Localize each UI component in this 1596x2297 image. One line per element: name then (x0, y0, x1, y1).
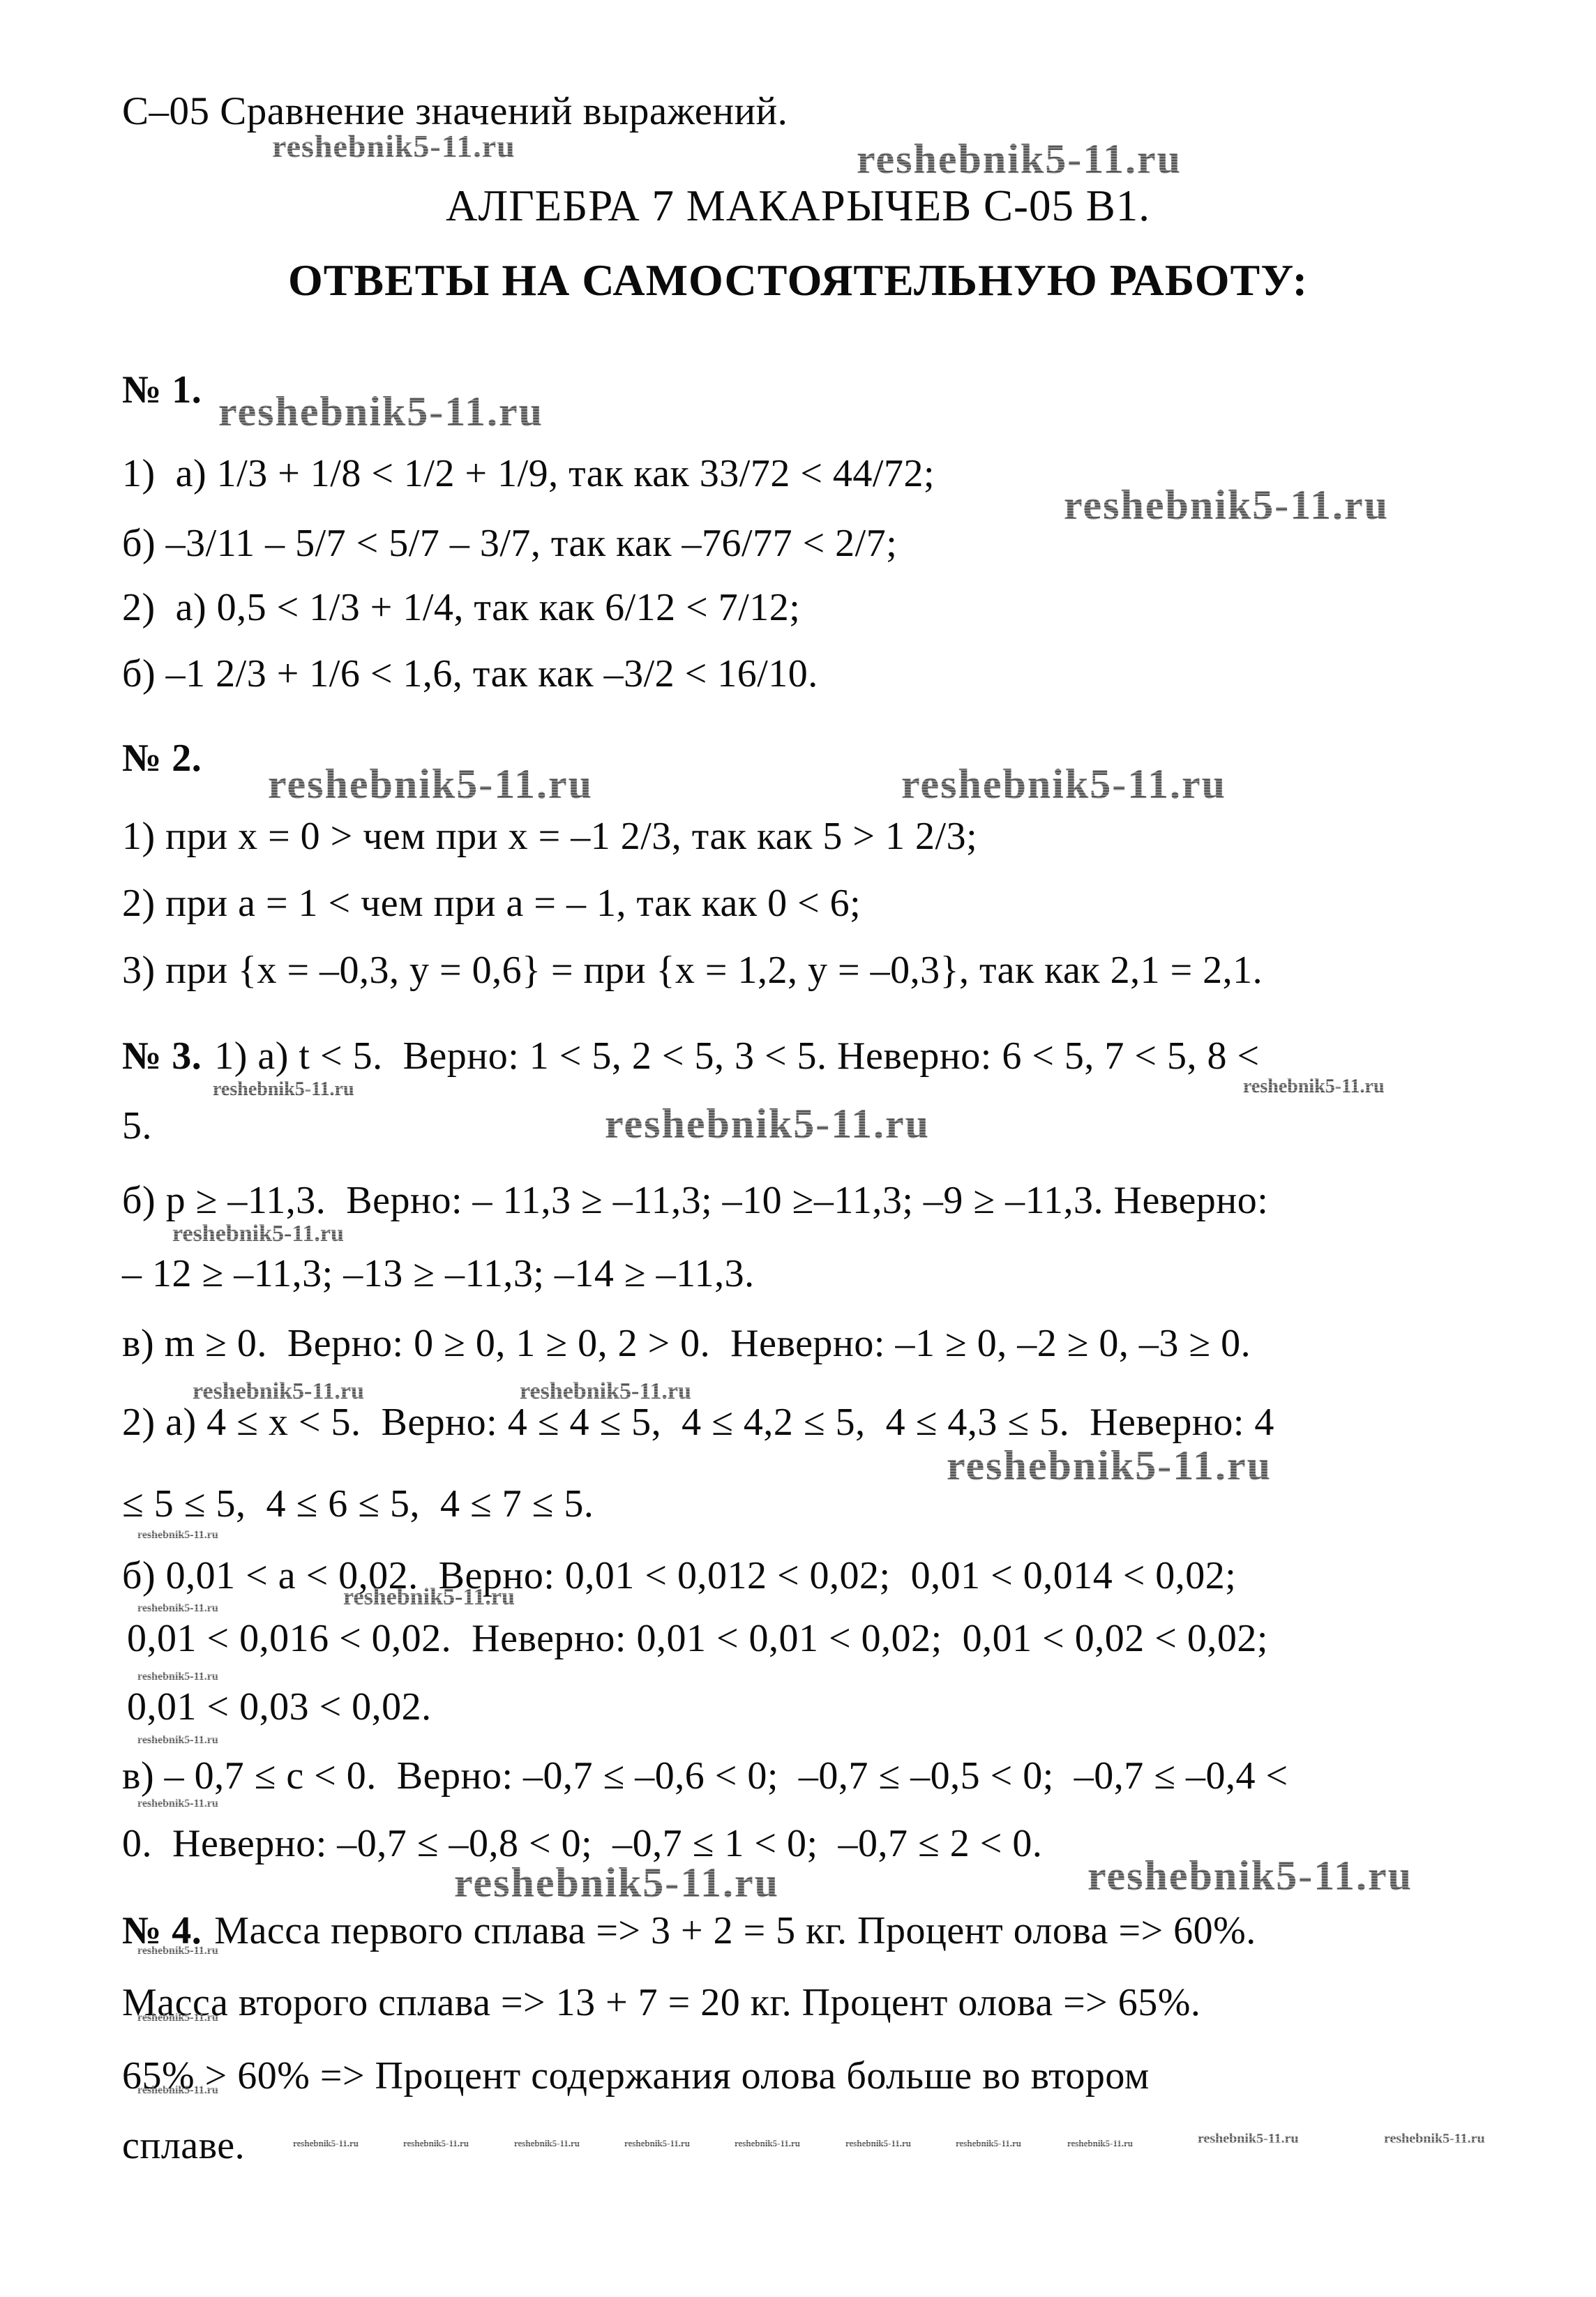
watermark: reshebnik5-11.ru (343, 1584, 515, 1611)
answer-text: 1) а) t < 5. Верно: 1 < 5, 2 < 5, 3 < 5.… (214, 1034, 1259, 1078)
answer-line: 2) а) 4 ≤ х < 5. Верно: 4 ≤ 4 ≤ 5, 4 ≤ 4… (122, 1401, 1274, 1445)
watermark: reshebnik5-11.ru (1064, 481, 1389, 529)
watermark: reshebnik5-11.ru (1198, 2131, 1299, 2147)
answer-line: № 4.Масса первого сплава => 3 + 2 = 5 кг… (122, 1909, 1256, 1953)
section-1-label: № 1. (122, 368, 202, 412)
section-3-label: № 3. (122, 1034, 202, 1078)
watermark: reshebnik5-11.ru (624, 2138, 690, 2149)
watermark: reshebnik5-11.ru (137, 2084, 218, 2097)
answer-line: в) – 0,7 ≤ с < 0. Верно: –0,7 ≤ –0,6 < 0… (122, 1754, 1288, 1798)
watermark: reshebnik5-11.ru (268, 760, 593, 808)
section-2-label: № 2. (122, 737, 202, 781)
answer-line: б) р ≥ –11,3. Верно: – 11,3 ≥ –11,3; –10… (122, 1179, 1268, 1223)
answer-line: 2) при а = 1 < чем при а = – 1, так как … (122, 882, 861, 926)
answer-text: Масса первого сплава => 3 + 2 = 5 кг. Пр… (214, 1909, 1256, 1952)
watermark: reshebnik5-11.ru (137, 1602, 218, 1615)
document-page: С–05 Сравнение значений выражений. reshe… (0, 0, 1596, 2297)
watermark: reshebnik5-11.ru (403, 2138, 469, 2149)
answer-line: 1) а) 1/3 + 1/8 < 1/2 + 1/9, так как 33/… (122, 452, 935, 496)
watermark: reshebnik5-11.ru (213, 1078, 354, 1101)
watermark: reshebnik5-11.ru (1087, 1852, 1413, 1900)
watermark: reshebnik5-11.ru (514, 2138, 580, 2149)
watermark: reshebnik5-11.ru (137, 1529, 218, 1542)
answer-line: 2) а) 0,5 < 1/3 + 1/4, так как 6/12 < 7/… (122, 586, 800, 630)
answer-line: – 12 ≥ –11,3; –13 ≥ –11,3; –14 ≥ –11,3. (122, 1252, 755, 1296)
answer-line: № 3.1) а) t < 5. Верно: 1 < 5, 2 < 5, 3 … (122, 1034, 1260, 1078)
answer-line: 3) при {х = –0,3, у = 0,6} = при {х = 1,… (122, 949, 1263, 993)
watermark: reshebnik5-11.ru (947, 1442, 1272, 1490)
watermark: reshebnik5-11.ru (1243, 1076, 1385, 1098)
watermark: reshebnik5-11.ru (605, 1100, 930, 1148)
watermark: reshebnik5-11.ru (218, 388, 543, 436)
watermark: reshebnik5-11.ru (735, 2138, 800, 2149)
watermark: reshebnik5-11.ru (137, 1734, 218, 1747)
answer-line: Масса второго сплава => 13 + 7 = 20 кг. … (122, 1981, 1200, 2025)
watermark: reshebnik5-11.ru (454, 1859, 779, 1907)
answer-line: б) –3/11 – 5/7 < 5/7 – 3/7, так как –76/… (122, 522, 897, 566)
answer-line: 1) при х = 0 > чем при х = –1 2/3, так к… (122, 815, 977, 859)
doc-title: АЛГЕБРА 7 МАКАРЫЧЕВ С-05 В1. (0, 181, 1596, 231)
answer-line: б) –1 2/3 + 1/6 < 1,6, так как –3/2 < 16… (122, 652, 818, 696)
answer-line: 0,01 < 0,016 < 0,02. Неверно: 0,01 < 0,0… (127, 1617, 1268, 1661)
watermark: reshebnik5-11.ru (901, 760, 1226, 808)
watermark: reshebnik5-11.ru (172, 1221, 344, 1247)
watermark: reshebnik5-11.ru (137, 1671, 218, 1683)
answer-line: 65% > 60% => Процент содержания олова бо… (122, 2054, 1150, 2098)
watermark: reshebnik5-11.ru (137, 1945, 218, 1957)
answer-line: б) 0,01 < а < 0,02. Верно: 0,01 < 0,012 … (122, 1554, 1236, 1598)
answer-line: 0,01 < 0,03 < 0,02. (127, 1685, 432, 1729)
answer-line: в) m ≥ 0. Верно: 0 ≥ 0, 1 ≥ 0, 2 > 0. Не… (122, 1322, 1251, 1366)
answer-line: сплаве. (122, 2124, 245, 2168)
watermark: reshebnik5-11.ru (1384, 2131, 1485, 2147)
watermark: reshebnik5-11.ru (1067, 2138, 1133, 2149)
watermark: reshebnik5-11.ru (137, 1798, 218, 1810)
doc-subtitle: ОТВЕТЫ НА САМОСТОЯТЕЛЬНУЮ РАБОТУ: (0, 255, 1596, 306)
watermark: reshebnik5-11.ru (956, 2138, 1021, 2149)
watermark: reshebnik5-11.ru (857, 135, 1182, 183)
answer-line: ≤ 5 ≤ 5, 4 ≤ 6 ≤ 5, 4 ≤ 7 ≤ 5. (122, 1482, 594, 1526)
watermark: reshebnik5-11.ru (293, 2138, 359, 2149)
watermark: reshebnik5-11.ru (272, 128, 515, 165)
watermark: reshebnik5-11.ru (137, 2012, 218, 2024)
watermark: reshebnik5-11.ru (845, 2138, 911, 2149)
answer-line: 5. (122, 1104, 152, 1148)
